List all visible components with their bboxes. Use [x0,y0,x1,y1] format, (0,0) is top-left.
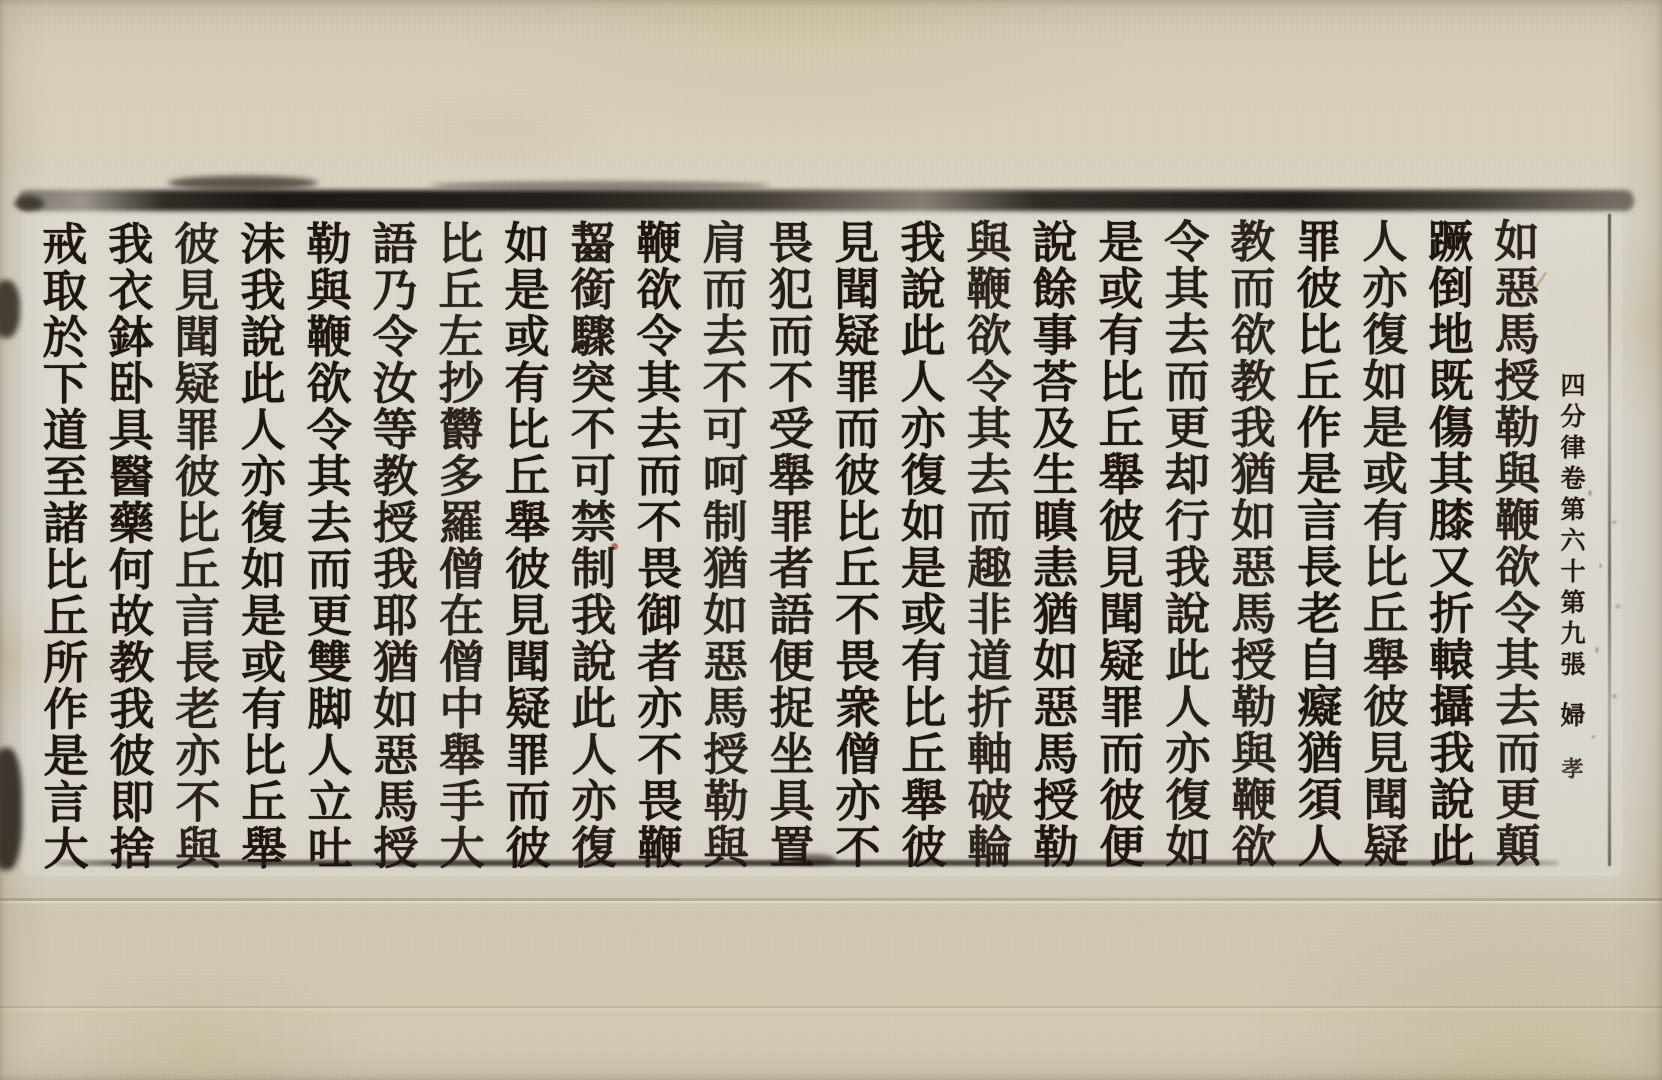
ink-smudge [0,280,20,338]
ink-smudge [168,176,318,190]
text-column: 令其去而更却行我說此人亦復如 [1149,218,1216,876]
text-column: 比丘左抄欝多羅僧在僧中舉手大 [423,220,490,878]
woodblock-right-border [1608,214,1611,866]
ink-smudge [14,196,44,211]
text-column: 彼見聞疑罪彼比丘言長老亦不與 [159,220,226,878]
text-column: 蹶倒地既傷其膝又折轅攝我說此 [1413,218,1480,876]
text-column: 人亦復如是或有比丘舉彼見聞疑 [1347,218,1414,876]
text-column: 畏犯而不受舉罪者語便捉坐具置 [753,219,820,877]
text-column: 與鞭欲令其去而趣非道折軸破輪 [951,219,1018,877]
scanned-sutra-page: 如惡馬授勒與鞭欲令其去而更顛蹶倒地既傷其膝又折轅攝我說此人亦復如是或有比丘舉彼見… [0,0,1662,1080]
text-column: 我說此人亦復如是或有比丘舉彼 [885,219,952,877]
text-column: 齧銜驟突不可禁制我說此人亦復 [555,219,622,877]
text-column: 教而欲教我猶如惡馬授勒與鞭欲 [1215,218,1282,876]
ink-smudge [430,181,770,190]
case-character-label: 婦 [1557,702,1586,733]
margin-annotation-column: 四分律卷第六十第九張婦孝 [1554,372,1588,842]
sutra-text-columns: 如惡馬授勒與鞭欲令其去而更顛蹶倒地既傷其膝又折轅攝我說此人亦復如是或有比丘舉彼見… [27,217,1546,878]
text-column: 戒取於下道至諸比丘所作是言大 [27,220,94,878]
text-column: 我衣鉢卧具醫藥何故教我彼即捨 [93,220,160,878]
text-column: 沫我說此人亦復如是或有比丘舉 [225,220,292,878]
text-column: 如惡馬授勒與鞭欲令其去而更顛 [1479,217,1546,875]
spacer [1571,733,1572,757]
text-column: 如是或有比丘舉彼見聞疑罪而彼 [489,219,556,877]
engraver-mark-label: 孝 [1558,757,1584,785]
text-column: 是或有比丘舉彼見聞疑罪而彼便 [1083,218,1150,876]
margin-volume-label: 四分律卷第六十 [1557,372,1586,589]
text-column: 勒與鞭欲令其去而更雙脚人立吐 [291,220,358,878]
text-column: 肩而去不可呵制猶如惡馬授勒與 [687,219,754,877]
text-column: 鞭欲令其去而不畏御者亦不畏鞭 [621,219,688,877]
text-column: 說餘事荅及生瞋恚猶如惡馬授勒 [1017,218,1084,876]
sheet-number-label: 第九張 [1557,589,1586,682]
ink-smudge [0,748,22,870]
text-column: 罪彼比丘作是言長老自癡猶須人 [1281,218,1348,876]
paper-crease [0,1006,1662,1008]
text-column: 見聞疑罪而彼比丘不畏衆僧亦不 [819,219,886,877]
paper-crease [0,898,1662,901]
woodblock-top-border [18,190,1634,211]
text-column: 語乃令汝等教授我耶猶如惡馬授 [357,220,424,878]
spacer [1571,682,1572,702]
